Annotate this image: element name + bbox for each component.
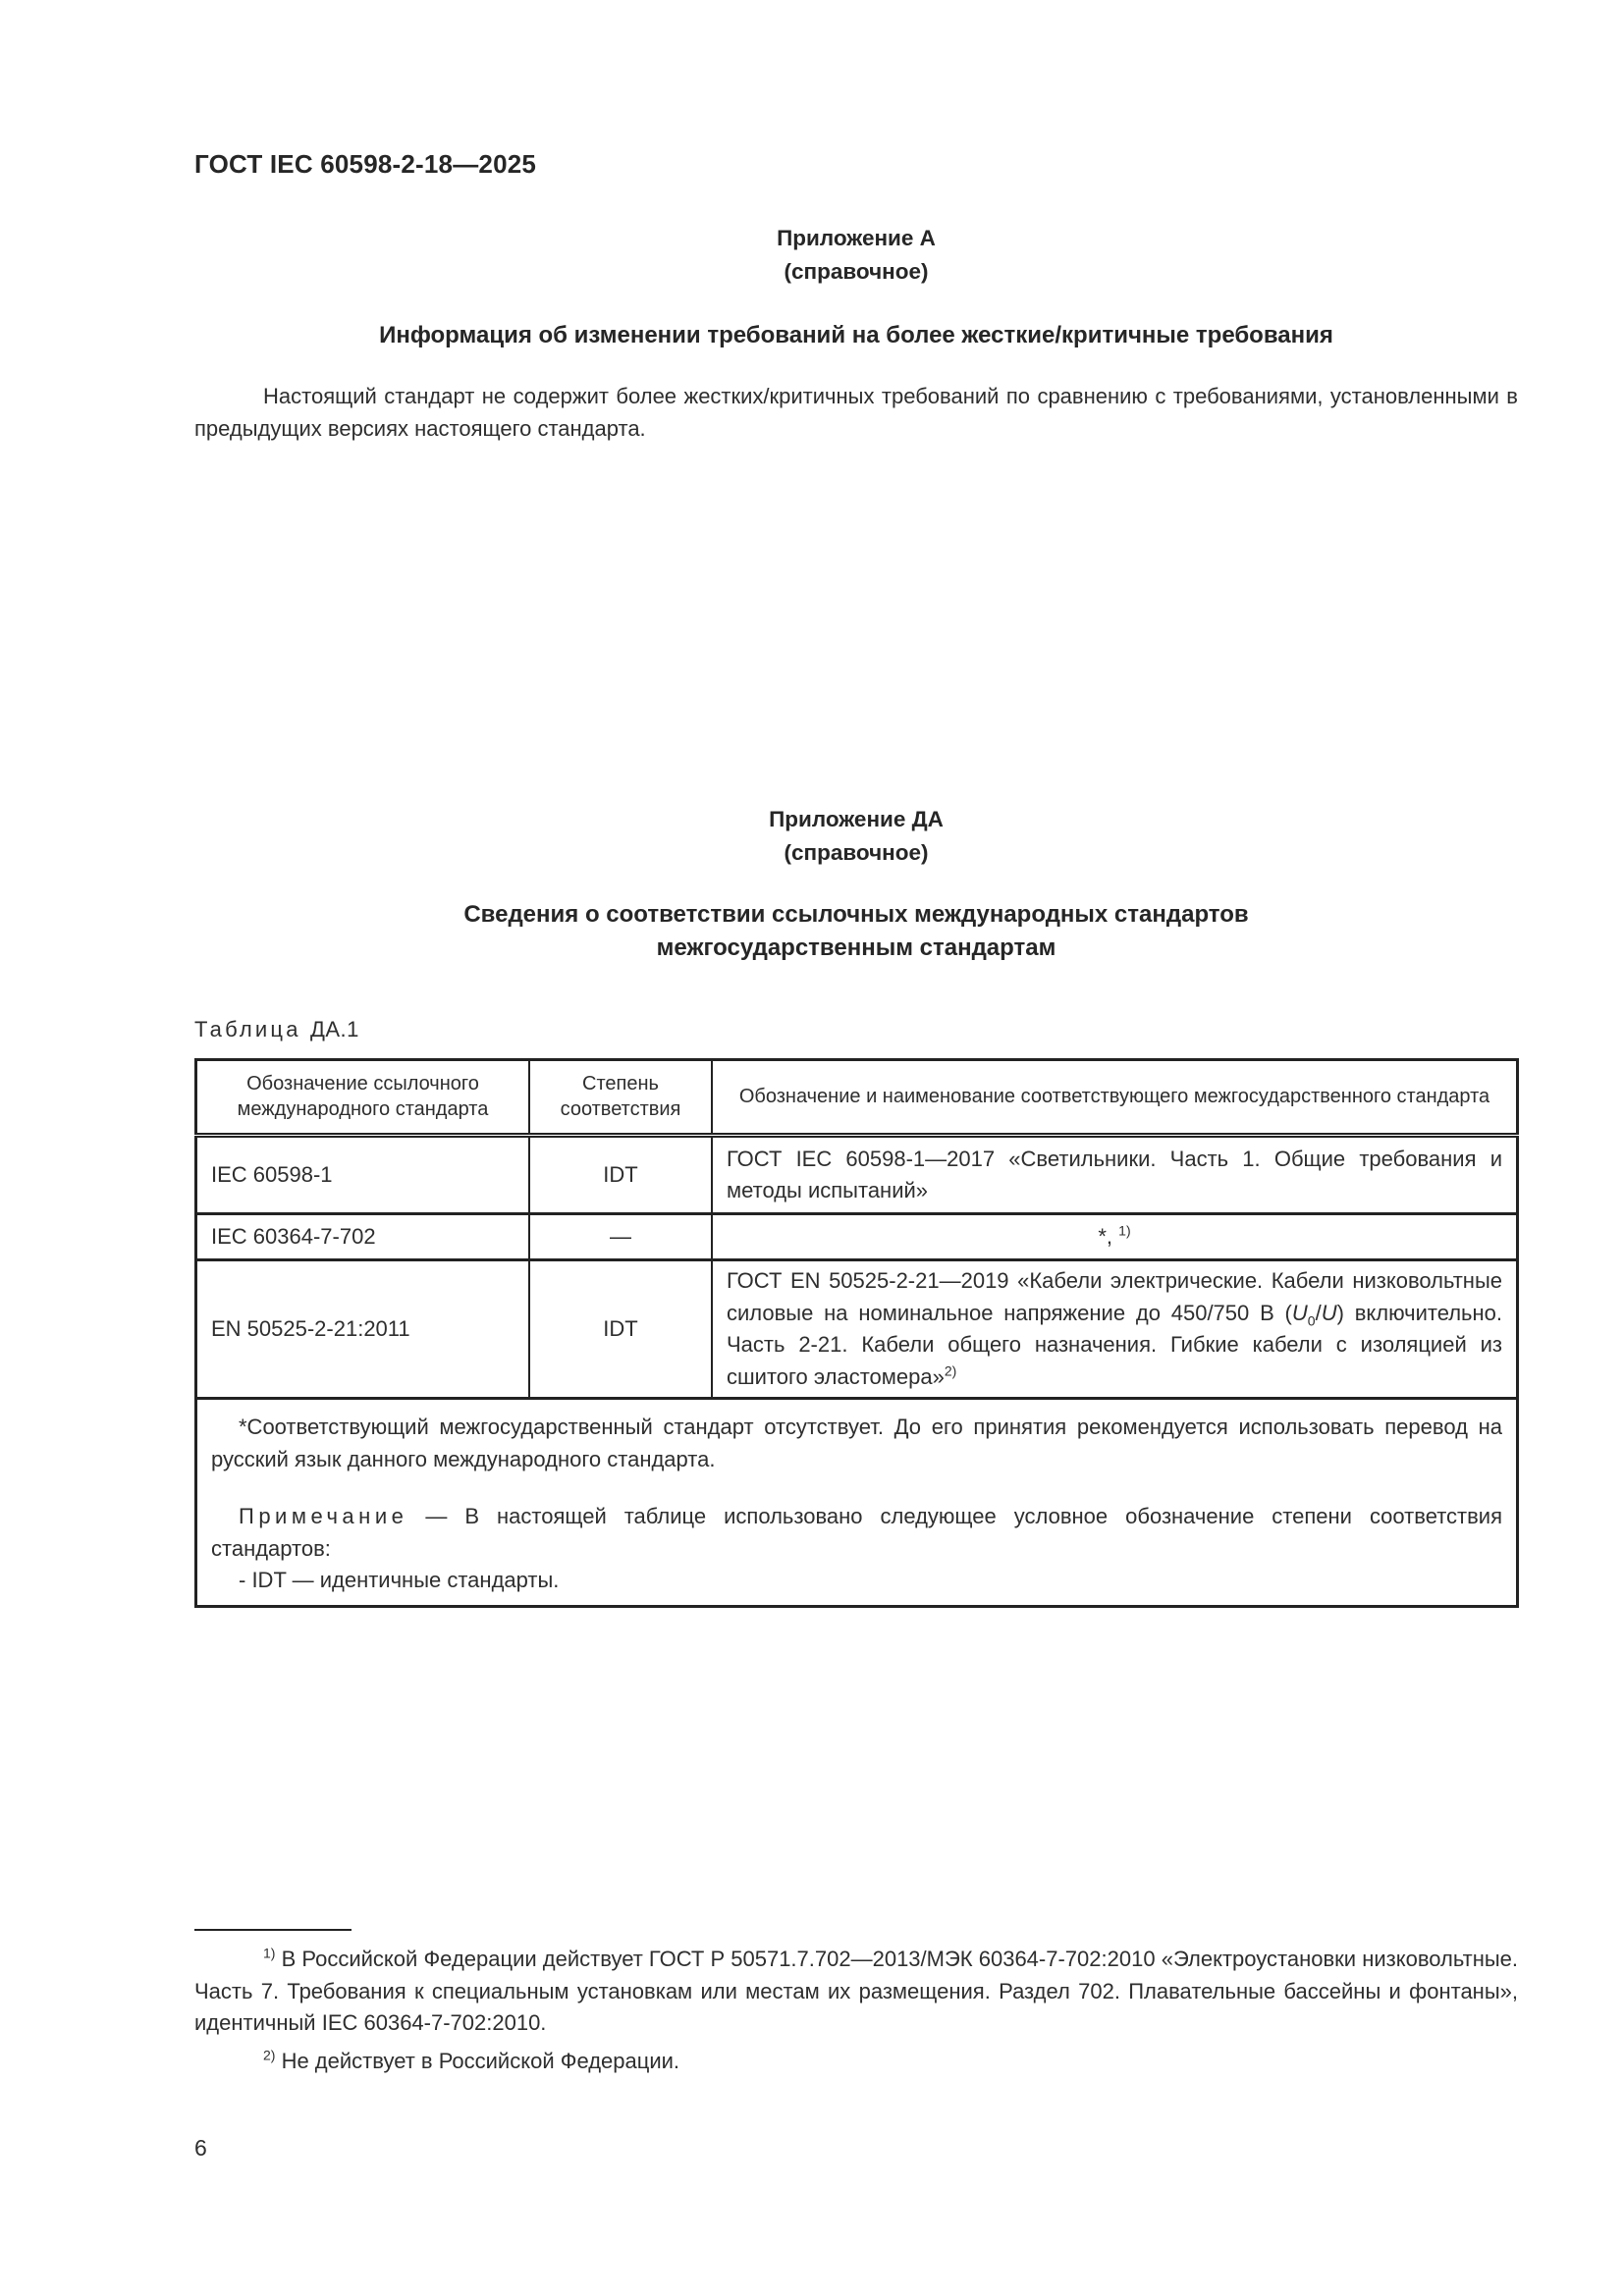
counterpart-text: *, (1098, 1224, 1112, 1249)
table-label-number: ДА.1 (310, 1017, 359, 1041)
table-header-row: Обозначение ссылочного международного ст… (196, 1060, 1518, 1136)
footnote-2-text: Не действует в Российской Федерации. (275, 2049, 679, 2073)
appendix-a-title-block: Приложение А (справочное) (194, 222, 1518, 289)
page-number: 6 (194, 2135, 207, 2162)
footnote-ref-1[interactable]: 1) (1118, 1222, 1130, 1238)
appendix-da-title: Приложение ДА (194, 803, 1518, 836)
appendix-a-heading: Информация об изменении требований на бо… (194, 319, 1518, 352)
cell-degree: IDT (529, 1136, 712, 1214)
appendix-da-status: (справочное) (194, 836, 1518, 870)
standards-correspondence-table: Обозначение ссылочного международного ст… (194, 1058, 1519, 1608)
appendix-da-title-block: Приложение ДА (справочное) (194, 803, 1518, 870)
table-label-word: Таблица (194, 1017, 301, 1041)
footnote-ref-2[interactable]: 2) (945, 1362, 956, 1378)
table-row: IEC 60598-1 IDT ГОСТ IEC 60598-1—2017 «С… (196, 1136, 1518, 1214)
cell-counterpart: ГОСТ IEC 60598-1—2017 «Светильники. Част… (712, 1136, 1518, 1214)
footnote-2-marker: 2) (263, 2047, 275, 2062)
footnotes: 1) В Российской Федерации действует ГОСТ… (194, 1944, 1518, 2077)
table-row: IEC 60364-7-702 — *, 1) (196, 1214, 1518, 1260)
cell-standard: IEC 60598-1 (196, 1136, 530, 1214)
table-footer-row: *Соответствующий межгосударственный стан… (196, 1399, 1518, 1607)
symbol-u0: U (1292, 1301, 1308, 1325)
column-header-interstate-standard: Обозначение и наименование соответствующ… (712, 1060, 1518, 1136)
cell-standard: EN 50525-2-21:2011 (196, 1260, 530, 1399)
appendix-a-status: (справочное) (194, 255, 1518, 289)
appendix-a-title: Приложение А (194, 222, 1518, 255)
subscript-zero: 0 (1308, 1312, 1316, 1328)
appendix-da-heading-line1: Сведения о соответствии ссылочных междун… (194, 898, 1518, 932)
table-label: Таблица ДА.1 (194, 1017, 359, 1042)
cell-degree: IDT (529, 1260, 712, 1399)
footnote-1: 1) В Российской Федерации действует ГОСТ… (194, 1944, 1518, 2040)
footnote-2: 2) Не действует в Российской Федерации. (194, 2046, 1518, 2078)
footnote-1-text: В Российской Федерации действует ГОСТ Р … (194, 1947, 1518, 2035)
footnote-separator (194, 1929, 352, 1931)
document-id: ГОСТ IEC 60598-2-18—2025 (194, 149, 536, 180)
footer-star-note: *Соответствующий межгосударственный стан… (211, 1412, 1502, 1475)
footnote-1-marker: 1) (263, 1946, 275, 1961)
cell-counterpart: ГОСТ EN 50525-2-21—2019 «Кабели электрич… (712, 1260, 1518, 1399)
cell-standard: IEC 60364-7-702 (196, 1214, 530, 1260)
column-header-international-standard: Обозначение ссылочного международного ст… (196, 1060, 530, 1136)
column-header-degree: Степень соответствия (529, 1060, 712, 1136)
footer-note: Примечание — В настоящей таблице использ… (211, 1501, 1502, 1565)
appendix-da-heading: Сведения о соответствии ссылочных междун… (194, 898, 1518, 965)
footer-note-label: Примечание (239, 1504, 407, 1528)
table-row: EN 50525-2-21:2011 IDT ГОСТ EN 50525-2-2… (196, 1260, 1518, 1399)
appendix-da-heading-line2: межгосударственным стандартам (194, 932, 1518, 965)
symbol-u: U (1322, 1301, 1337, 1325)
appendix-a-paragraph: Настоящий стандарт не содержит более жес… (194, 381, 1518, 445)
cell-counterpart: *, 1) (712, 1214, 1518, 1260)
appendix-a-paragraph-text: Настоящий стандарт не содержит более жес… (194, 384, 1518, 441)
footer-note-item: - IDT — идентичные стандарты. (211, 1565, 1502, 1597)
table-footer-notes: *Соответствующий межгосударственный стан… (196, 1399, 1518, 1607)
cell-degree: — (529, 1214, 712, 1260)
